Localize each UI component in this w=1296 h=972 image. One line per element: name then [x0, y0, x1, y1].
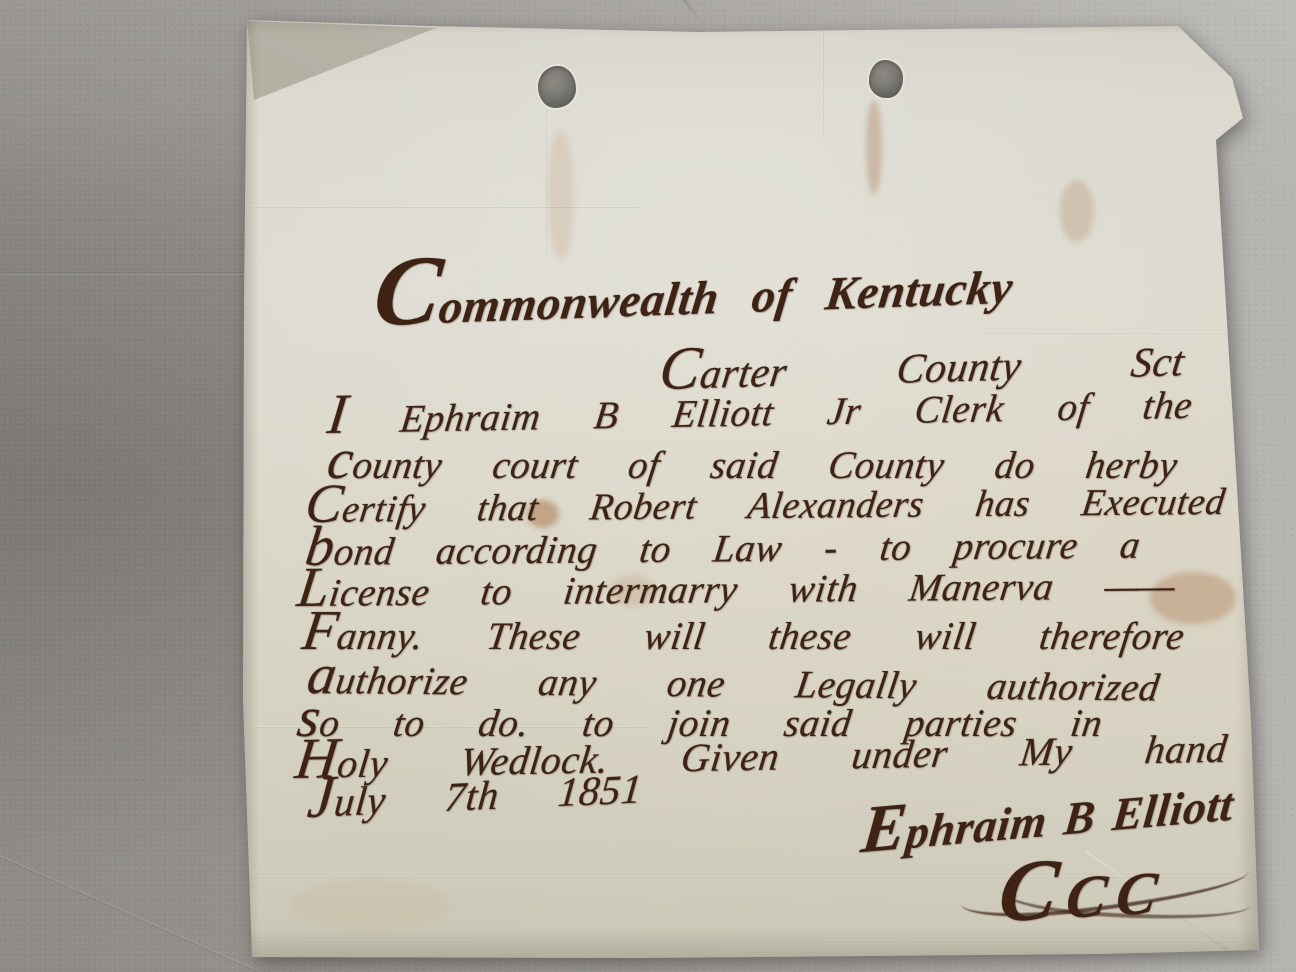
stain-top-right	[1060, 180, 1094, 242]
crease-horizontal-lower	[255, 940, 1245, 942]
paper-edge-shade-right	[1237, 120, 1259, 952]
punch-hole-right	[869, 60, 903, 98]
crease-horizontal-left	[252, 206, 642, 208]
crease-vertical-top	[822, 24, 824, 136]
stain-age-bottom-left	[290, 880, 450, 930]
paper-shadow: Commonwealth of Kentucky Carter County S…	[0, 0, 1296, 972]
stain-rust-streak	[866, 100, 882, 195]
photo-of-document: Commonwealth of Kentucky Carter County S…	[0, 0, 1296, 972]
document-paper: Commonwealth of Kentucky Carter County S…	[0, 0, 1296, 972]
paper-edge-shade-left	[243, 20, 259, 957]
paper-edge-shade-bottom	[248, 928, 1258, 958]
heading-line: Commonwealth of Kentucky	[369, 221, 1021, 343]
punch-hole-left	[538, 66, 576, 108]
